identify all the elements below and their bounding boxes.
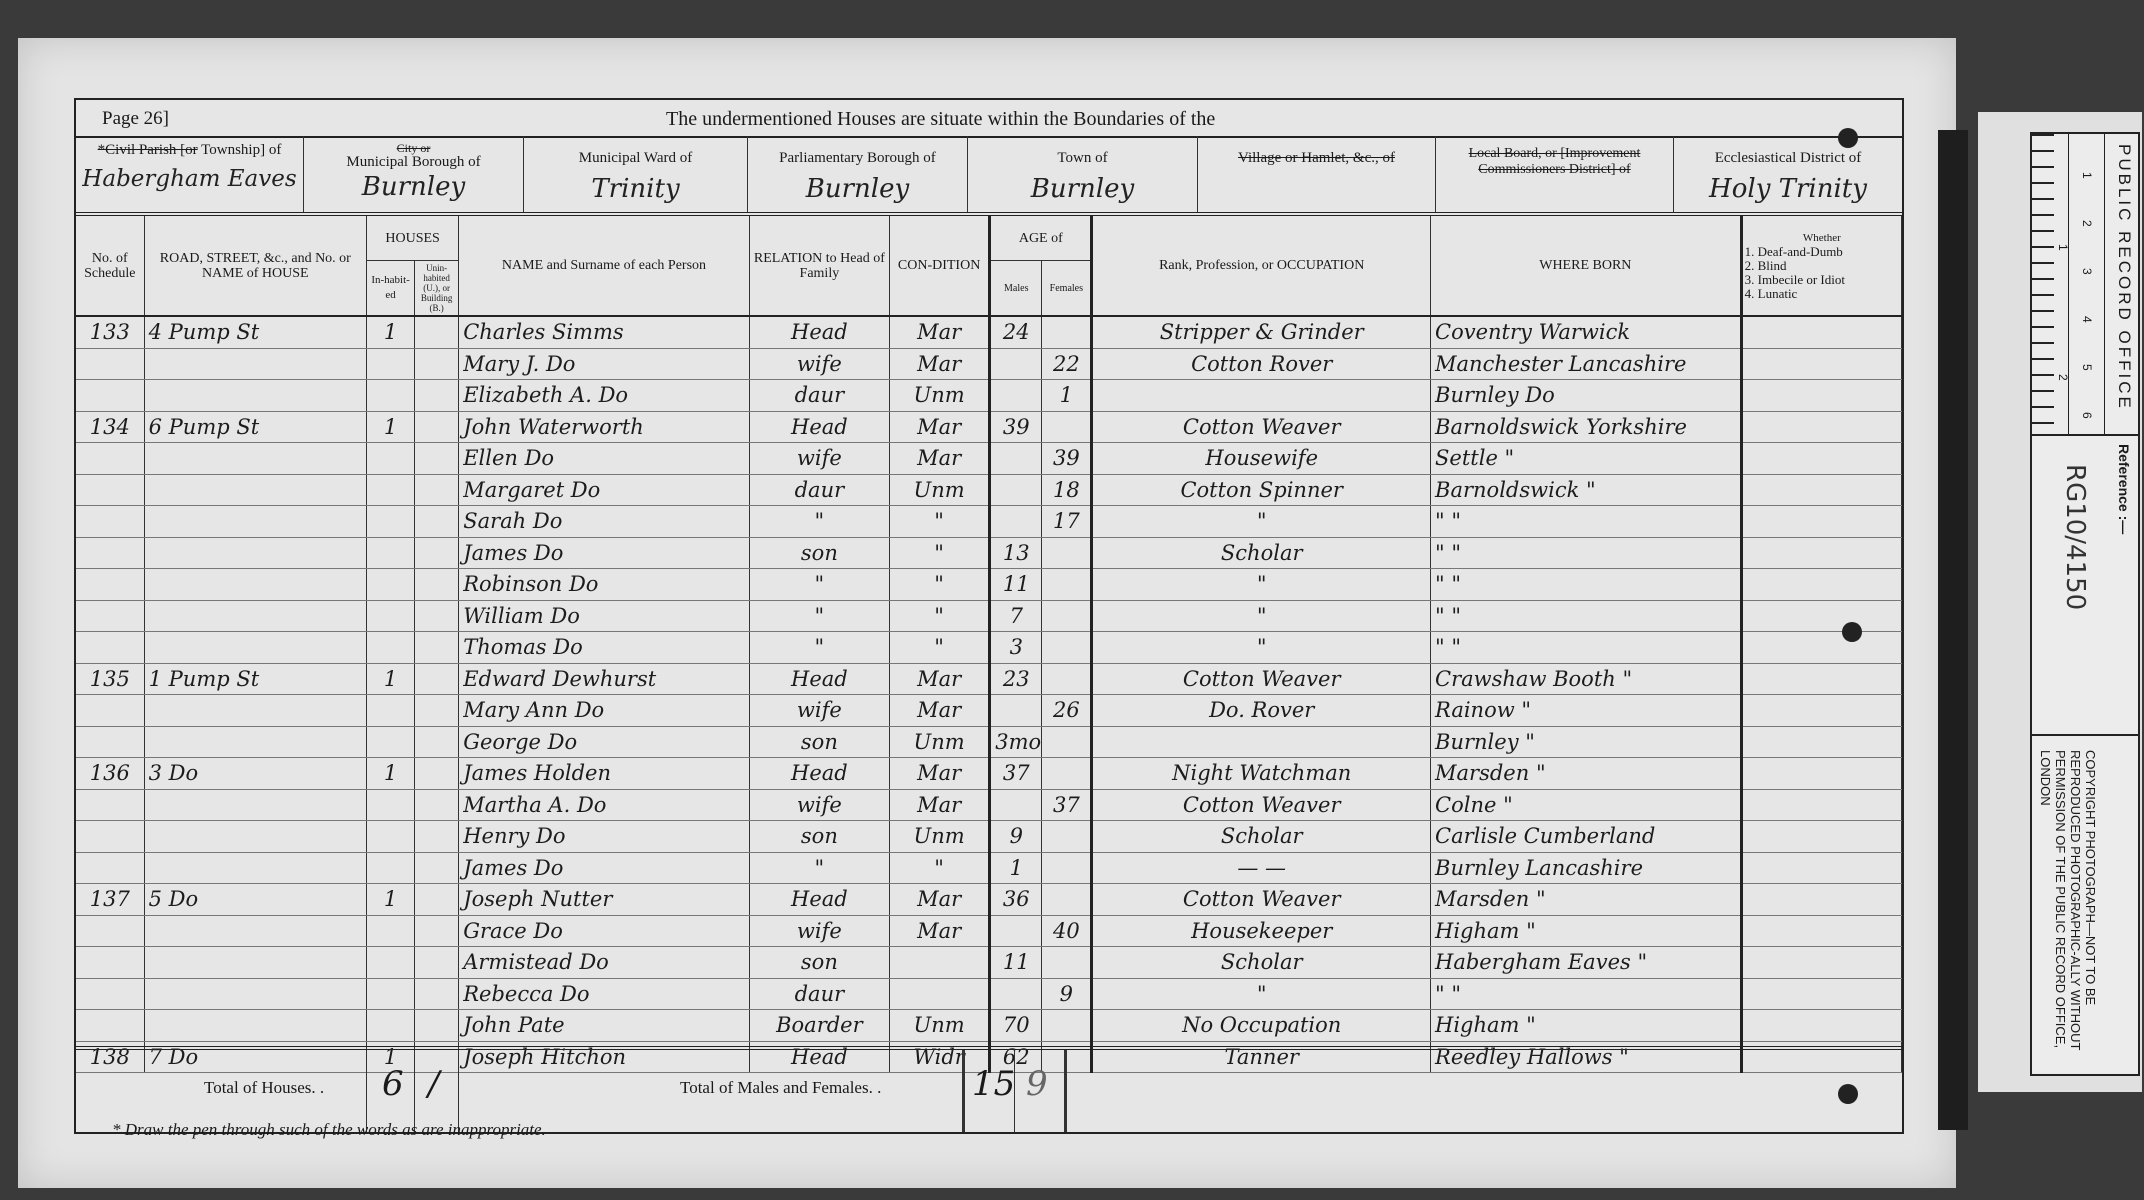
cell-address	[144, 947, 366, 979]
cell-female	[1042, 537, 1092, 569]
col-where-born: WHERE BORN	[1431, 216, 1742, 316]
cell-inhabited	[367, 695, 415, 727]
total-females: 9	[1026, 1064, 1048, 1104]
cell-occupation	[1092, 380, 1431, 412]
cell-inhabited	[367, 852, 415, 884]
cell-occupation: Cotton Weaver	[1092, 884, 1431, 916]
cell-address	[144, 978, 366, 1010]
cell-born: Burnley Lancashire	[1431, 852, 1742, 884]
census-rows: 1334 Pump St1Charles SimmsHeadMar24Strip…	[76, 316, 1902, 1073]
col-uninhabited: Unin-habited (U.), or Building (B.)	[415, 261, 459, 317]
cell-uninhabited	[415, 978, 459, 1010]
table-row: 1363 Do1James HoldenHeadMar37Night Watch…	[76, 758, 1902, 790]
table-row: Sarah Do""17"" "	[76, 506, 1902, 538]
cell-male: 13	[990, 537, 1042, 569]
cell-inhabited	[367, 821, 415, 853]
cell-relation: "	[749, 852, 889, 884]
cell-occupation: Stripper & Grinder	[1092, 316, 1431, 348]
admin-label-struck: City or	[310, 142, 517, 154]
cell-address	[144, 506, 366, 538]
total-persons-label: Total of Males and Females. .	[680, 1078, 881, 1098]
cell-female: 17	[1042, 506, 1092, 538]
ruler-number: 4	[2080, 316, 2094, 323]
ruler: PUBLIC RECORD OFFICE 1 2 3 4 5 6 1 2	[2032, 134, 2138, 436]
cell-name: Robinson Do	[459, 569, 750, 601]
cell-born: Burnley Do	[1431, 380, 1742, 412]
cell-occupation: — —	[1092, 852, 1431, 884]
cell-born: Higham "	[1431, 1010, 1742, 1042]
cell-relation: "	[749, 569, 889, 601]
cell-male	[990, 348, 1042, 380]
cell-occupation: "	[1092, 506, 1431, 538]
cell-occupation: Cotton Weaver	[1092, 411, 1431, 443]
cell-inhabited	[367, 1010, 415, 1042]
cell-inhabited	[367, 380, 415, 412]
cell-address	[144, 726, 366, 758]
cell-male: 24	[990, 316, 1042, 348]
cell-infirmity	[1741, 726, 1901, 758]
cell-address	[144, 789, 366, 821]
cell-born: " "	[1431, 978, 1742, 1010]
cell-schedule: 136	[76, 758, 144, 790]
cell-male: 70	[990, 1010, 1042, 1042]
cell-address	[144, 569, 366, 601]
cell-relation: "	[749, 632, 889, 664]
cell-schedule	[76, 348, 144, 380]
cell-condition: Mar	[890, 915, 990, 947]
reference-box: Reference :— RG10/4150	[2032, 434, 2138, 736]
total-houses-uninhabited: /	[428, 1064, 439, 1104]
cell-born: Colne "	[1431, 789, 1742, 821]
ruler-ticks	[2032, 134, 2054, 434]
admin-value: Burnley	[974, 174, 1191, 204]
cell-occupation: Cotton Weaver	[1092, 663, 1431, 695]
cell-relation: son	[749, 821, 889, 853]
cell-uninhabited	[415, 726, 459, 758]
cell-address: 6 Pump St	[144, 411, 366, 443]
cell-schedule: 133	[76, 316, 144, 348]
cell-male	[990, 380, 1042, 412]
cell-relation: daur	[749, 380, 889, 412]
cell-female	[1042, 821, 1092, 853]
table-row: James Do""1— —Burnley Lancashire	[76, 852, 1902, 884]
cell-condition: "	[890, 600, 990, 632]
cell-condition: Mar	[890, 348, 990, 380]
admin-town: Town of Burnley	[968, 136, 1198, 212]
admin-parliamentary-borough: Parliamentary Borough of Burnley	[748, 136, 968, 212]
cell-name: John Pate	[459, 1010, 750, 1042]
col-occupation: Rank, Profession, or OCCUPATION	[1092, 216, 1431, 316]
cell-schedule	[76, 443, 144, 475]
cell-relation: son	[749, 947, 889, 979]
cell-inhabited	[367, 600, 415, 632]
cell-female	[1042, 726, 1092, 758]
cell-occupation: Cotton Rover	[1092, 348, 1431, 380]
cell-name: Elizabeth A. Do	[459, 380, 750, 412]
cell-uninhabited	[415, 600, 459, 632]
cell-address: 1 Pump St	[144, 663, 366, 695]
table-row: 1351 Pump St1Edward DewhurstHeadMar23Cot…	[76, 663, 1902, 695]
cell-infirmity	[1741, 884, 1901, 916]
cell-male: 23	[990, 663, 1042, 695]
cell-female	[1042, 600, 1092, 632]
infirmity-title: Whether	[1745, 231, 1899, 245]
cell-male: 9	[990, 821, 1042, 853]
col-inhabited: In-habit-ed	[367, 261, 415, 317]
cell-inhabited	[367, 569, 415, 601]
cell-name: Edward Dewhurst	[459, 663, 750, 695]
cell-born: " "	[1431, 506, 1742, 538]
cell-schedule	[76, 632, 144, 664]
cell-female	[1042, 947, 1092, 979]
cell-male: 39	[990, 411, 1042, 443]
admin-municipal-ward: Municipal Ward of Trinity	[524, 136, 748, 212]
admin-label-struck: Local Board, or [Improvement Commissione…	[1442, 146, 1667, 178]
cell-address	[144, 600, 366, 632]
cell-condition: Unm	[890, 474, 990, 506]
cell-schedule	[76, 380, 144, 412]
table-row: Mary J. DowifeMar22Cotton RoverMancheste…	[76, 348, 1902, 380]
cell-occupation: Scholar	[1092, 537, 1431, 569]
form-header: Page 26] The undermentioned Houses are s…	[76, 100, 1902, 138]
cell-name: Sarah Do	[459, 506, 750, 538]
cell-male: 1	[990, 852, 1042, 884]
cell-uninhabited	[415, 1010, 459, 1042]
cell-male: 3	[990, 632, 1042, 664]
cell-relation: Head	[749, 411, 889, 443]
cell-condition: "	[890, 852, 990, 884]
table-row: Grace DowifeMar40HousekeeperHigham "	[76, 915, 1902, 947]
cell-occupation: Cotton Spinner	[1092, 474, 1431, 506]
cell-infirmity	[1741, 758, 1901, 790]
cell-schedule	[76, 852, 144, 884]
cell-born: Manchester Lancashire	[1431, 348, 1742, 380]
cell-uninhabited	[415, 537, 459, 569]
table-row: John PateBoarderUnm70No OccupationHigham…	[76, 1010, 1902, 1042]
cell-female	[1042, 884, 1092, 916]
column-headers: No. of Schedule ROAD, STREET, &c., and N…	[76, 216, 1902, 261]
cell-uninhabited	[415, 915, 459, 947]
cell-infirmity	[1741, 632, 1901, 664]
cell-born: Barnoldswick "	[1431, 474, 1742, 506]
cell-born: " "	[1431, 600, 1742, 632]
col-infirmity: Whether 1. Deaf-and-Dumb 2. Blind 3. Imb…	[1741, 216, 1901, 316]
admin-label: Township] of	[201, 142, 281, 158]
cell-relation: Head	[749, 663, 889, 695]
cell-occupation: Cotton Weaver	[1092, 789, 1431, 821]
cell-female	[1042, 411, 1092, 443]
cell-name: Charles Simms	[459, 316, 750, 348]
table-row: 1346 Pump St1John WaterworthHeadMar39Cot…	[76, 411, 1902, 443]
cell-male: 7	[990, 600, 1042, 632]
cell-condition: "	[890, 506, 990, 538]
cell-inhabited	[367, 726, 415, 758]
cell-name: Martha A. Do	[459, 789, 750, 821]
cell-uninhabited	[415, 443, 459, 475]
cell-female: 22	[1042, 348, 1092, 380]
cell-infirmity	[1741, 852, 1901, 884]
ruler-number: 3	[2080, 268, 2094, 275]
table-row: Henry DosonUnm9ScholarCarlisle Cumberlan…	[76, 821, 1902, 853]
cell-schedule	[76, 915, 144, 947]
pro-label: PUBLIC RECORD OFFICE 1 2 3 4 5 6 1 2 Ref…	[2030, 132, 2140, 1076]
table-row: 1375 Do1Joseph NutterHeadMar36Cotton Wea…	[76, 884, 1902, 916]
cell-female	[1042, 632, 1092, 664]
cell-uninhabited	[415, 789, 459, 821]
cell-name: Margaret Do	[459, 474, 750, 506]
cell-female: 37	[1042, 789, 1092, 821]
cell-address: 3 Do	[144, 758, 366, 790]
table-row: George DosonUnm3mosBurnley "	[76, 726, 1902, 758]
admin-value: Holy Trinity	[1680, 174, 1896, 204]
cell-uninhabited	[415, 884, 459, 916]
cell-infirmity	[1741, 600, 1901, 632]
admin-municipal-borough: City orMunicipal Borough of Burnley	[304, 136, 524, 212]
cell-infirmity	[1741, 663, 1901, 695]
divider	[1014, 1050, 1015, 1132]
cell-female: 9	[1042, 978, 1092, 1010]
cell-male	[990, 506, 1042, 538]
cell-inhabited: 1	[367, 316, 415, 348]
cell-schedule	[76, 821, 144, 853]
cell-relation: wife	[749, 915, 889, 947]
total-houses-label: Total of Houses. .	[204, 1078, 324, 1098]
cell-condition	[890, 978, 990, 1010]
reference-label: Reference :—	[2116, 444, 2132, 534]
cell-uninhabited	[415, 663, 459, 695]
cell-inhabited	[367, 789, 415, 821]
page-number: Page 26]	[102, 108, 169, 130]
admin-label: Town of	[974, 150, 1191, 166]
cell-female: 40	[1042, 915, 1092, 947]
divider	[962, 1050, 965, 1132]
col-condition: CON-DITION	[890, 216, 990, 316]
cell-address	[144, 380, 366, 412]
admin-label: Ecclesiastical District of	[1680, 150, 1896, 166]
ruler-number: 1	[2080, 172, 2094, 179]
admin-label: Parliamentary Borough of	[754, 150, 961, 166]
divider	[1064, 1050, 1067, 1132]
cell-address	[144, 1010, 366, 1042]
table-row: 1334 Pump St1Charles SimmsHeadMar24Strip…	[76, 316, 1902, 348]
cell-occupation: "	[1092, 569, 1431, 601]
admin-label-struck: Village or Hamlet, &c., of	[1204, 150, 1429, 166]
cell-occupation: Scholar	[1092, 947, 1431, 979]
cell-name: James Do	[459, 852, 750, 884]
admin-value: Trinity	[530, 174, 741, 204]
cell-born: Higham "	[1431, 915, 1742, 947]
cell-occupation: Housewife	[1092, 443, 1431, 475]
cell-name: William Do	[459, 600, 750, 632]
cell-schedule	[76, 978, 144, 1010]
col-address: ROAD, STREET, &c., and No. or NAME of HO…	[144, 216, 366, 316]
cell-schedule	[76, 569, 144, 601]
cell-schedule	[76, 506, 144, 538]
cell-infirmity	[1741, 380, 1901, 412]
cell-uninhabited	[415, 348, 459, 380]
table-row: Rebecca Dodaur9"" "	[76, 978, 1902, 1010]
cell-address	[144, 695, 366, 727]
cell-schedule	[76, 947, 144, 979]
cell-infirmity	[1741, 789, 1901, 821]
footnote: * Draw the pen through such of the words…	[112, 1120, 546, 1140]
total-houses-inhabited: 6	[382, 1064, 404, 1104]
cell-born: Crawshaw Booth "	[1431, 663, 1742, 695]
cell-address	[144, 474, 366, 506]
pro-title: PUBLIC RECORD OFFICE	[2114, 144, 2134, 411]
cell-born: Habergham Eaves "	[1431, 947, 1742, 979]
cell-uninhabited	[415, 695, 459, 727]
cell-infirmity	[1741, 569, 1901, 601]
cell-inhabited	[367, 506, 415, 538]
infirmity-4: 4. Lunatic	[1745, 287, 1899, 301]
cell-schedule	[76, 600, 144, 632]
cell-male: 11	[990, 947, 1042, 979]
cell-name: Grace Do	[459, 915, 750, 947]
cell-female: 18	[1042, 474, 1092, 506]
cell-condition: Mar	[890, 443, 990, 475]
table-row: Martha A. DowifeMar37Cotton WeaverColne …	[76, 789, 1902, 821]
cell-uninhabited	[415, 506, 459, 538]
cell-address	[144, 632, 366, 664]
public-record-office-strip: PUBLIC RECORD OFFICE 1 2 3 4 5 6 1 2 Ref…	[1978, 112, 2142, 1092]
cell-occupation: "	[1092, 632, 1431, 664]
cell-schedule	[76, 695, 144, 727]
infirmity-2: 2. Blind	[1745, 259, 1899, 273]
cell-occupation: Night Watchman	[1092, 758, 1431, 790]
table-row: Armistead Doson11ScholarHabergham Eaves …	[76, 947, 1902, 979]
cell-name: Mary Ann Do	[459, 695, 750, 727]
ruler-number: 5	[2080, 364, 2094, 371]
cell-inhabited	[367, 443, 415, 475]
col-schedule: No. of Schedule	[76, 216, 144, 316]
cell-name: Ellen Do	[459, 443, 750, 475]
punch-hole	[1838, 1084, 1858, 1104]
cell-infirmity	[1741, 978, 1901, 1010]
cell-male	[990, 695, 1042, 727]
cell-name: Joseph Nutter	[459, 884, 750, 916]
cell-name: Thomas Do	[459, 632, 750, 664]
cell-infirmity	[1741, 474, 1901, 506]
cell-male: 37	[990, 758, 1042, 790]
cell-address	[144, 348, 366, 380]
cell-male	[990, 789, 1042, 821]
col-relation: RELATION to Head of Family	[749, 216, 889, 316]
cell-schedule: 135	[76, 663, 144, 695]
cell-schedule	[76, 474, 144, 506]
census-form: Page 26] The undermentioned Houses are s…	[74, 98, 1904, 1134]
cell-condition: Mar	[890, 758, 990, 790]
cell-born: Burnley "	[1431, 726, 1742, 758]
cell-uninhabited	[415, 569, 459, 601]
cell-uninhabited	[415, 474, 459, 506]
cell-schedule	[76, 726, 144, 758]
cell-schedule: 134	[76, 411, 144, 443]
cell-name: James Do	[459, 537, 750, 569]
cell-condition: Mar	[890, 789, 990, 821]
administrative-divisions: *Civil Parish [or Township] of Habergham…	[76, 136, 1902, 216]
cell-relation: daur	[749, 474, 889, 506]
cell-address	[144, 821, 366, 853]
cell-infirmity	[1741, 915, 1901, 947]
cell-relation: Head	[749, 884, 889, 916]
cell-address	[144, 852, 366, 884]
col-males: Males	[990, 261, 1042, 317]
cell-infirmity	[1741, 443, 1901, 475]
cell-infirmity	[1741, 316, 1901, 348]
cell-female: 1	[1042, 380, 1092, 412]
table-row: Margaret DodaurUnm18Cotton SpinnerBarnol…	[76, 474, 1902, 506]
cell-male	[990, 443, 1042, 475]
cell-female	[1042, 663, 1092, 695]
cell-born: Coventry Warwick	[1431, 316, 1742, 348]
cell-infirmity	[1741, 1010, 1901, 1042]
cell-female	[1042, 1010, 1092, 1042]
cell-relation: son	[749, 537, 889, 569]
cell-born: Barnoldswick Yorkshire	[1431, 411, 1742, 443]
admin-village: Village or Hamlet, &c., of	[1198, 136, 1436, 212]
cell-occupation: Housekeeper	[1092, 915, 1431, 947]
cell-condition: Mar	[890, 411, 990, 443]
cell-condition: "	[890, 537, 990, 569]
cell-name: Mary J. Do	[459, 348, 750, 380]
col-houses: HOUSES	[367, 216, 459, 261]
cell-female: 39	[1042, 443, 1092, 475]
col-name: NAME and Surname of each Person	[459, 216, 750, 316]
cell-uninhabited	[415, 380, 459, 412]
cell-relation: Boarder	[749, 1010, 889, 1042]
cell-relation: wife	[749, 443, 889, 475]
cell-condition: Mar	[890, 884, 990, 916]
cell-born: Marsden "	[1431, 758, 1742, 790]
cell-relation: wife	[749, 789, 889, 821]
cell-name: Rebecca Do	[459, 978, 750, 1010]
cell-occupation: No Occupation	[1092, 1010, 1431, 1042]
cell-relation: Head	[749, 758, 889, 790]
census-table: No. of Schedule ROAD, STREET, &c., and N…	[76, 216, 1902, 1073]
cell-name: George Do	[459, 726, 750, 758]
cell-relation: daur	[749, 978, 889, 1010]
cell-infirmity	[1741, 821, 1901, 853]
cell-female	[1042, 316, 1092, 348]
cell-inhabited: 1	[367, 411, 415, 443]
cell-address	[144, 915, 366, 947]
cell-female	[1042, 852, 1092, 884]
total-males: 15	[972, 1064, 1015, 1104]
admin-label: Municipal Borough of	[346, 154, 480, 170]
table-row: Mary Ann DowifeMar26Do. RoverRainow "	[76, 695, 1902, 727]
cell-female	[1042, 758, 1092, 790]
cell-name: James Holden	[459, 758, 750, 790]
cell-schedule	[76, 537, 144, 569]
cell-relation: "	[749, 506, 889, 538]
cell-uninhabited	[415, 411, 459, 443]
admin-ecclesiastical: Ecclesiastical District of Holy Trinity	[1674, 136, 1902, 212]
cell-uninhabited	[415, 821, 459, 853]
table-row: Robinson Do""11"" "	[76, 569, 1902, 601]
infirmity-1: 1. Deaf-and-Dumb	[1745, 245, 1899, 259]
cell-inhabited	[367, 947, 415, 979]
cell-born: Rainow "	[1431, 695, 1742, 727]
cell-male: 3mos	[990, 726, 1042, 758]
cell-inhabited: 1	[367, 758, 415, 790]
cell-address: 4 Pump St	[144, 316, 366, 348]
cell-infirmity	[1741, 537, 1901, 569]
cell-schedule: 137	[76, 884, 144, 916]
cell-occupation: Do. Rover	[1092, 695, 1431, 727]
cell-occupation: "	[1092, 978, 1431, 1010]
cell-infirmity	[1741, 411, 1901, 443]
